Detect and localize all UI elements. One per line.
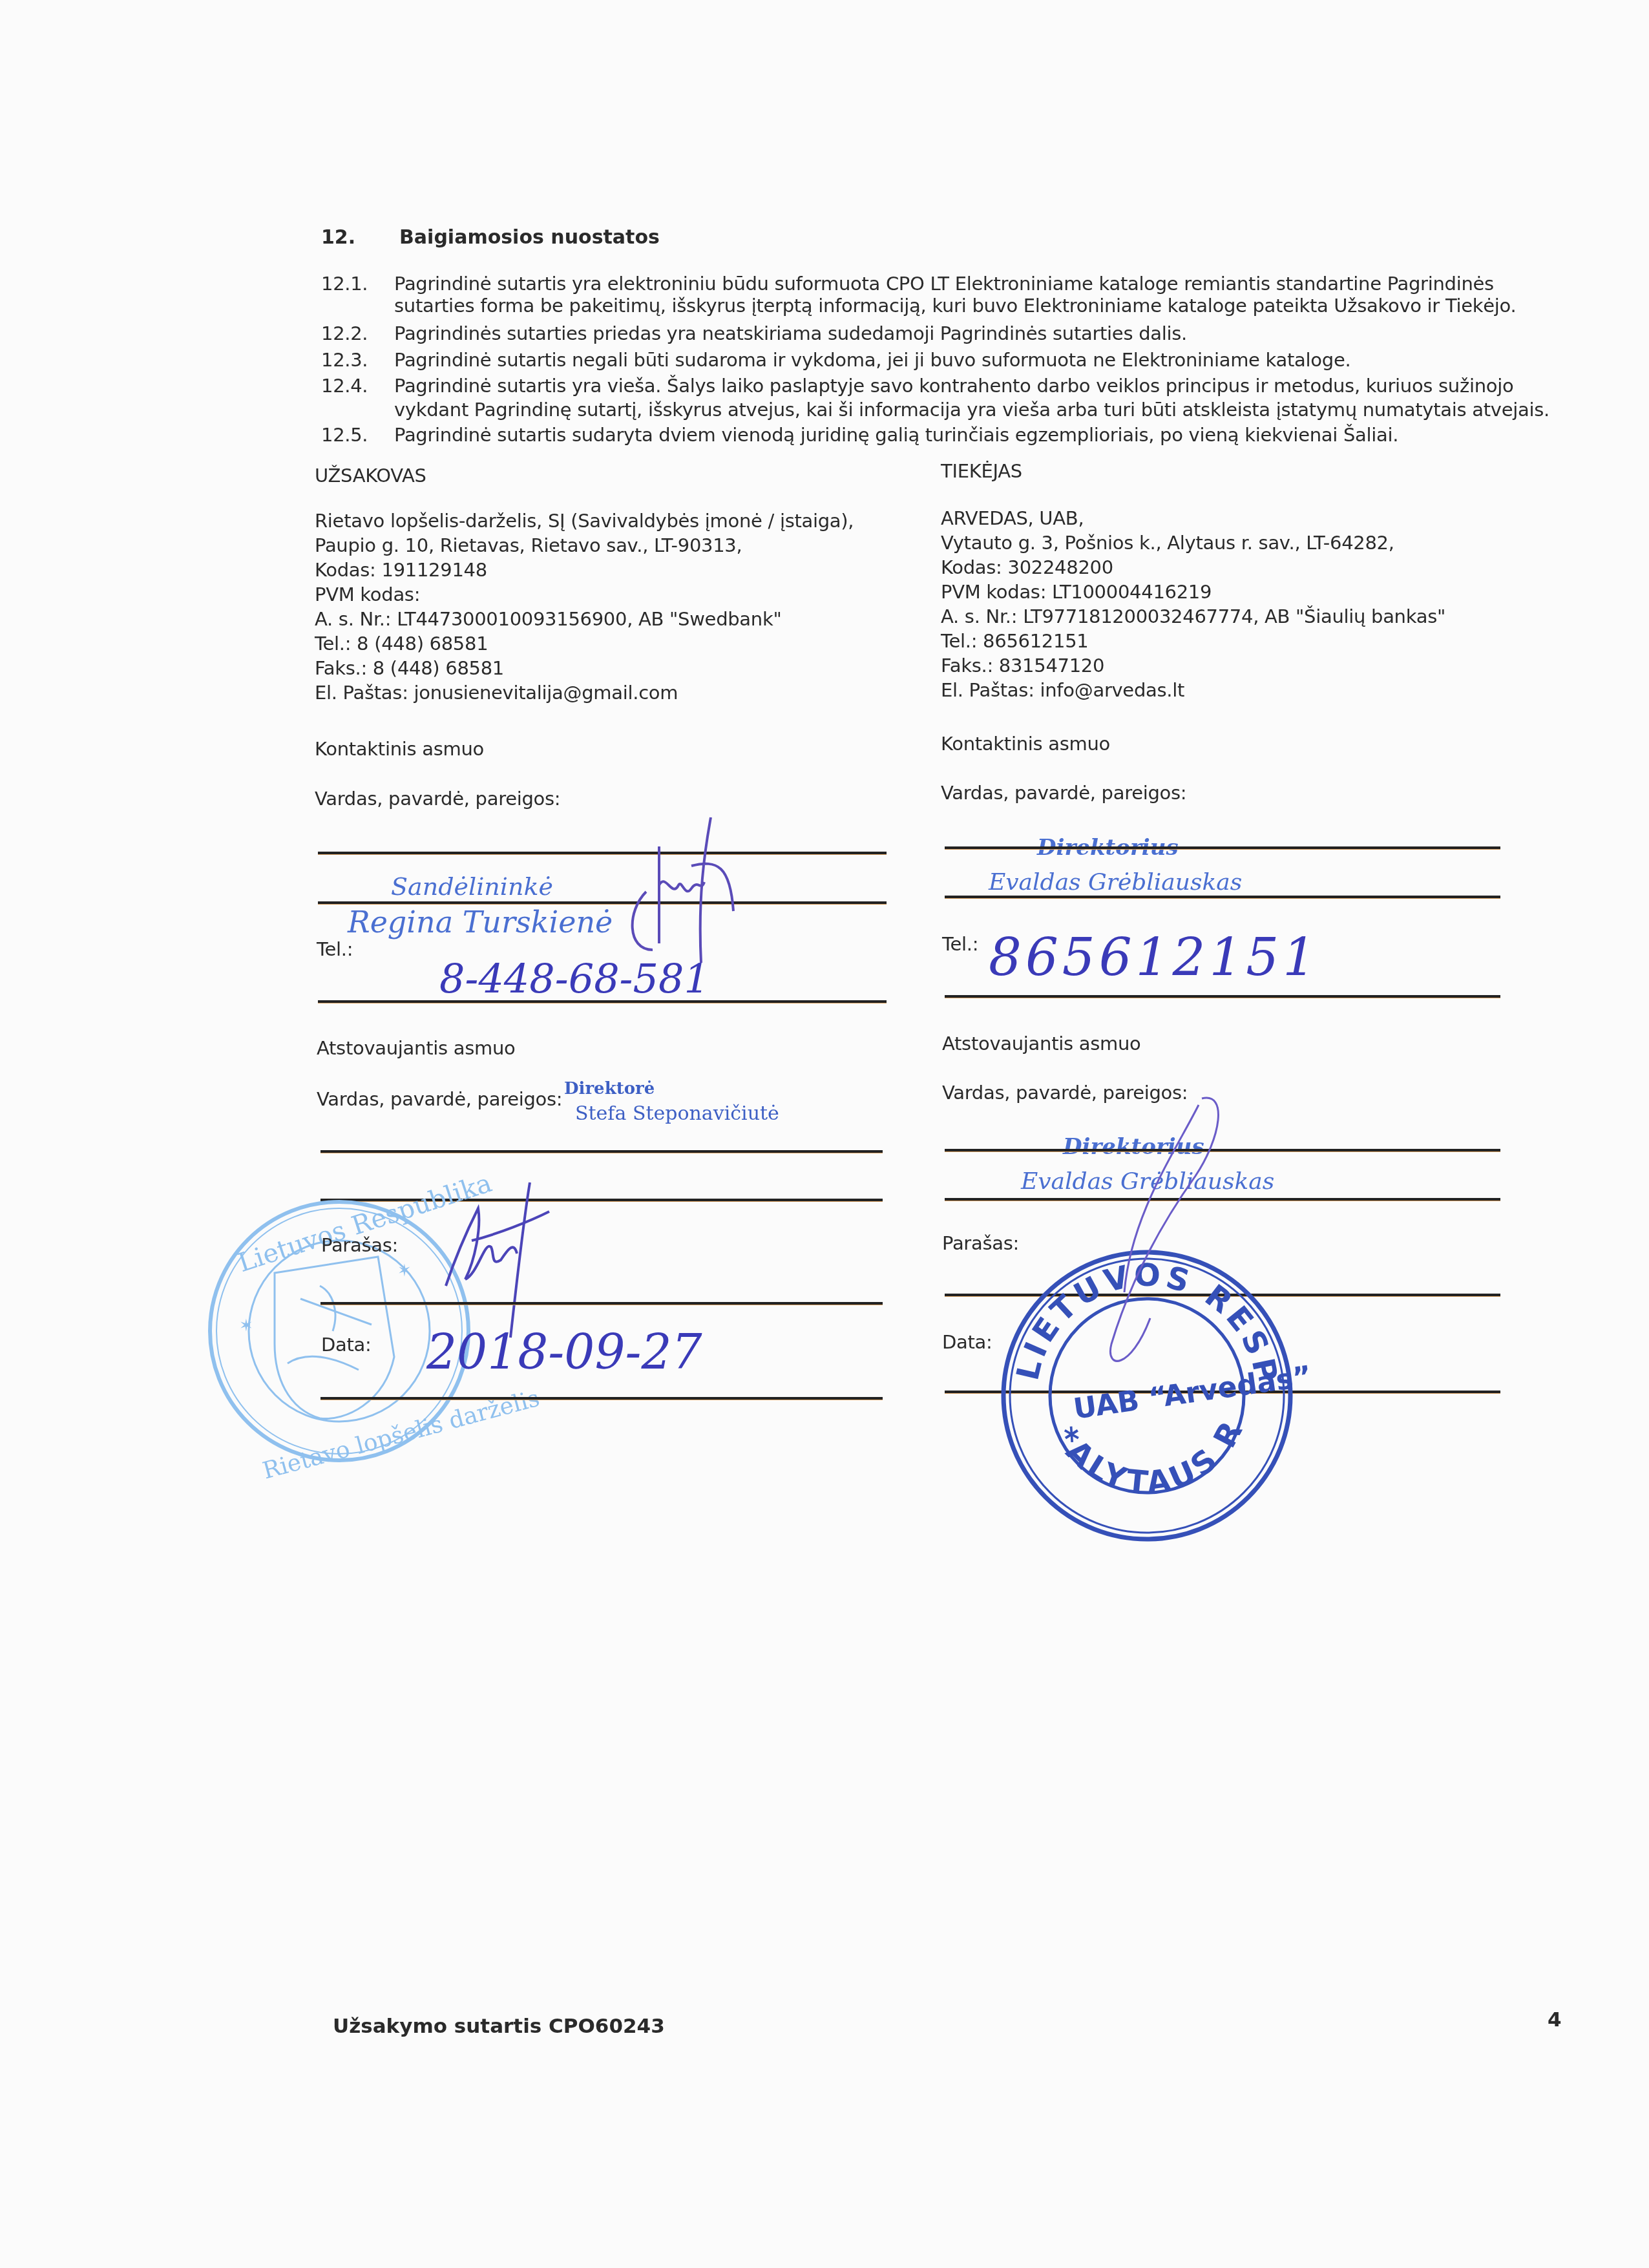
supplier-signature-icon bbox=[1066, 1086, 1234, 1383]
supplier-detail-line: Kodas: 302248200 bbox=[941, 555, 1445, 580]
buyer-signature-label: Parašas: bbox=[321, 1233, 398, 1257]
supplier-detail-line: Faks.: 831547120 bbox=[941, 653, 1445, 678]
supplier-tel-handwritten: 865612151 bbox=[989, 927, 1319, 987]
buyer-tel-label: Tel.: bbox=[317, 937, 353, 961]
supplier-detail-line: PVM kodas: LT100004416219 bbox=[941, 580, 1445, 604]
section-number: 12. bbox=[321, 226, 355, 249]
buyer-detail-line: Tel.: 8 (448) 68581 bbox=[315, 631, 854, 656]
buyer-detail-line: Kodas: 191129148 bbox=[315, 558, 854, 582]
supplier-detail-line: Vytauto g. 3, Pošnios k., Alytaus r. sav… bbox=[941, 530, 1445, 555]
clause-text-line: Pagrindinė sutartis yra vieša. Šalys lai… bbox=[394, 373, 1513, 398]
supplier-detail-line: El. Paštas: info@arvedas.lt bbox=[941, 678, 1445, 702]
buyer-contact-label: Kontaktinis asmuo bbox=[315, 737, 484, 761]
supplier-heading: TIEKĖJAS bbox=[941, 459, 1022, 483]
buyer-detail-line: Paupio g. 10, Rietavas, Rietavo sav., LT… bbox=[315, 533, 854, 558]
clause-number: 12.4. bbox=[321, 373, 368, 398]
buyer-detail-line: Faks.: 8 (448) 68581 bbox=[315, 656, 854, 680]
supplier-contact-stamp-name: Evaldas Grėbliauskas bbox=[989, 869, 1242, 896]
supplier-detail-line: Tel.: 865612151 bbox=[941, 629, 1445, 653]
buyer-contact-stamp-title: Sandėlininkė bbox=[391, 872, 553, 901]
buyer-details: Rietavo lopšelis-darželis, SĮ (Savivaldy… bbox=[315, 509, 854, 705]
svg-text:✶: ✶ bbox=[397, 1261, 412, 1281]
buyer-detail-line: A. s. Nr.: LT447300010093156900, AB "Swe… bbox=[315, 607, 854, 631]
buyer-signature-line bbox=[320, 1302, 883, 1305]
buyer-signature-icon bbox=[439, 1182, 556, 1338]
buyer-contact-name-line bbox=[318, 852, 887, 855]
page-number: 4 bbox=[1548, 2008, 1562, 2032]
supplier-tel-label: Tel.: bbox=[942, 932, 978, 956]
buyer-name-label: Vardas, pavardė, pareigos: bbox=[315, 786, 560, 811]
supplier-date-label: Data: bbox=[942, 1330, 993, 1354]
buyer-date-handwritten: 2018-09-27 bbox=[426, 1325, 702, 1380]
buyer-detail-line: PVM kodas: bbox=[315, 582, 854, 607]
buyer-heading: UŽSAKOVAS bbox=[315, 463, 426, 488]
clause-number: 12.2. bbox=[321, 321, 368, 346]
buyer-rep-name-label: Vardas, pavardė, pareigos: bbox=[317, 1087, 562, 1111]
buyer-date-label: Data: bbox=[321, 1332, 372, 1357]
buyer-rep-label: Atstovaujantis asmuo bbox=[317, 1036, 515, 1060]
supplier-contact-name-line bbox=[945, 846, 1500, 850]
clause-number: 12.5. bbox=[321, 423, 368, 447]
clause-text-line: Pagrindinė sutartis sudaryta dviem vieno… bbox=[394, 423, 1398, 447]
supplier-rep-label: Atstovaujantis asmuo bbox=[942, 1031, 1140, 1056]
buyer-detail-line: Rietavo lopšelis-darželis, SĮ (Savivaldy… bbox=[315, 509, 854, 533]
supplier-contact-role-line bbox=[945, 896, 1500, 899]
supplier-detail-line: A. s. Nr.: LT977181200032467774, AB "Šia… bbox=[941, 604, 1445, 629]
clause-number: 12.1. bbox=[321, 271, 368, 296]
clause-text-line: Pagrindinės sutarties priedas yra neatsk… bbox=[394, 321, 1187, 346]
buyer-rep-stamp-title: Direktorė bbox=[564, 1079, 655, 1098]
buyer-date-line bbox=[320, 1397, 883, 1400]
supplier-details: ARVEDAS, UAB, Vytauto g. 3, Pošnios k., … bbox=[941, 506, 1445, 702]
footer-document-title: Užsakymo sutartis CPO60243 bbox=[333, 2015, 665, 2038]
buyer-rep-name-line bbox=[320, 1150, 883, 1153]
supplier-name-label: Vardas, pavardė, pareigos: bbox=[941, 781, 1186, 805]
section-title: Baigiamosios nuostatos bbox=[399, 226, 660, 249]
clause-text-line: vykdant Pagrindinę sutartį, išskyrus atv… bbox=[394, 397, 1549, 422]
supplier-detail-line: ARVEDAS, UAB, bbox=[941, 506, 1445, 530]
buyer-rep-stamp-name: Stefa Steponavičiutė bbox=[575, 1102, 779, 1125]
buyer-detail-line: El. Paštas: jonusienevitalija@gmail.com bbox=[315, 680, 854, 705]
buyer-tel-line bbox=[318, 1000, 887, 1003]
supplier-contact-label: Kontaktinis asmuo bbox=[941, 731, 1110, 756]
buyer-contact-signature-icon bbox=[620, 814, 775, 982]
clause-text-line: Pagrindinė sutartis yra elektroniniu būd… bbox=[394, 271, 1494, 296]
clause-number: 12.3. bbox=[321, 348, 368, 372]
clause-text-line: sutarties forma be pakeitimų, išskyrus į… bbox=[394, 293, 1516, 318]
supplier-tel-line bbox=[945, 995, 1500, 998]
clause-text-line: Pagrindinė sutartis negali būti sudaroma… bbox=[394, 348, 1350, 372]
svg-text:✶: ✶ bbox=[239, 1316, 253, 1336]
buyer-contact-stamp-name: Regina Turskienė bbox=[348, 905, 613, 940]
